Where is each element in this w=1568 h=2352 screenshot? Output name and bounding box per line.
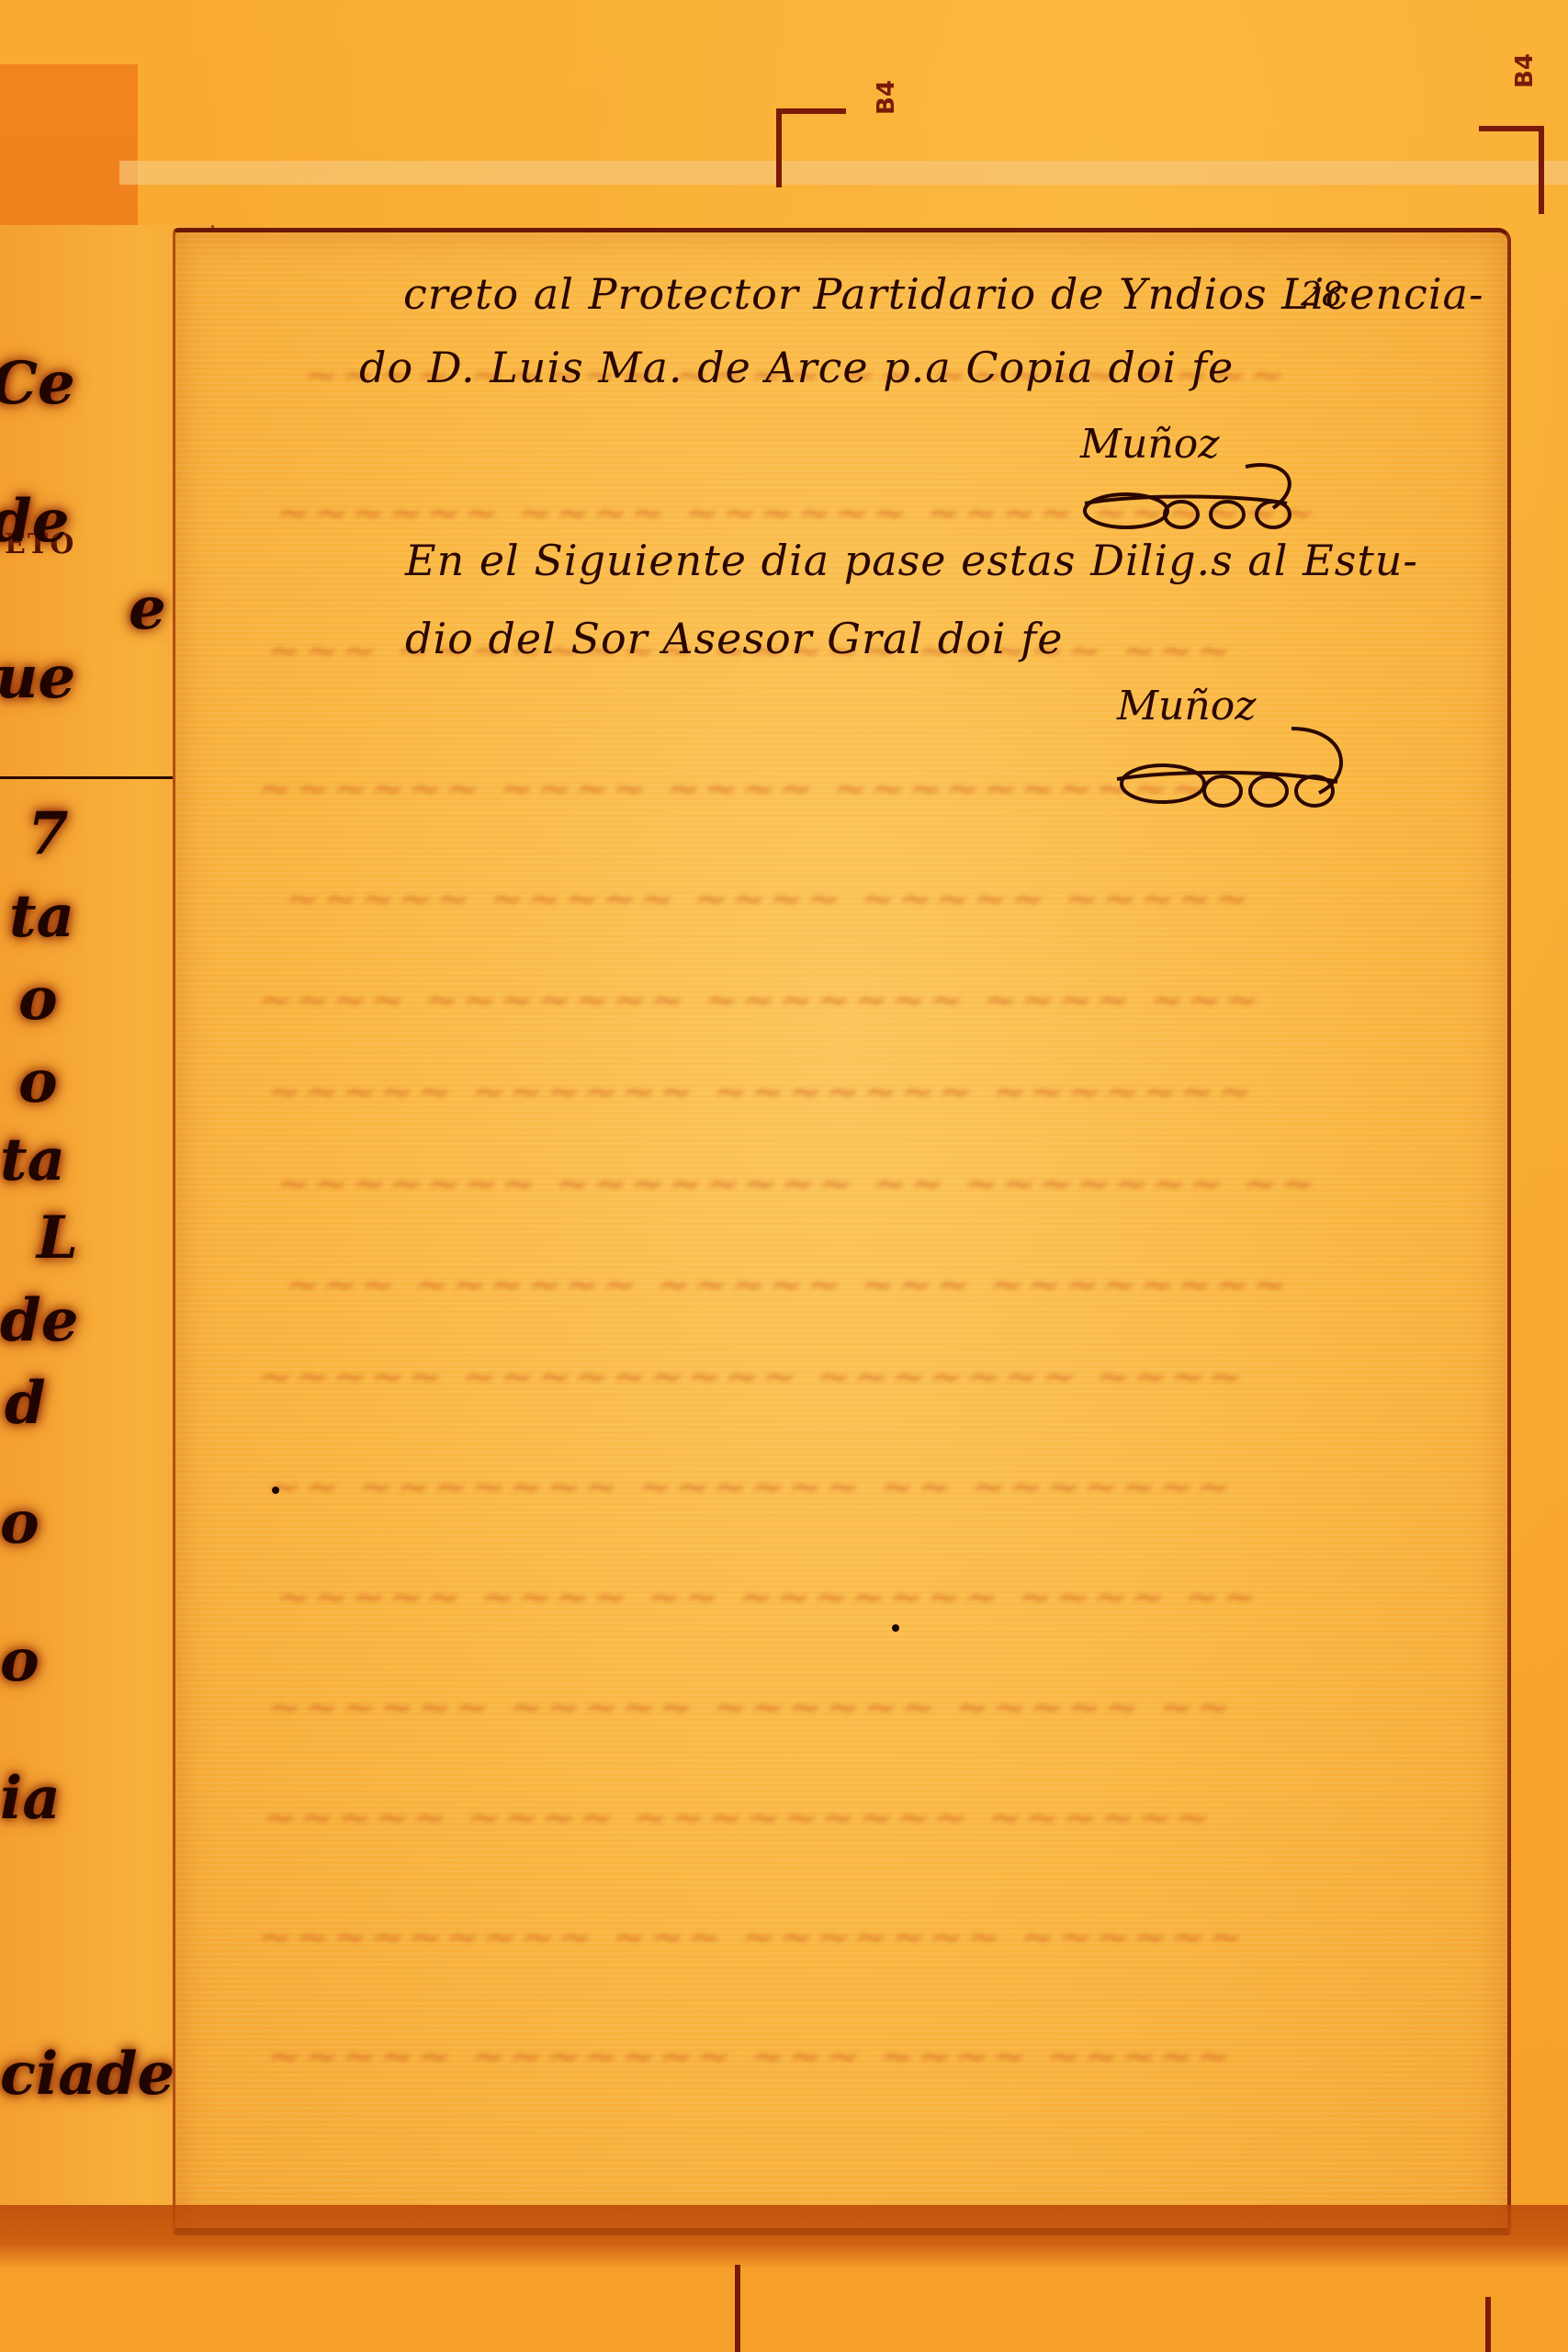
bleed-through-line: ~~~~ ~~~~~~~ ~~~~~~~ ~~~~ ~~~ [258,977,1263,1023]
bleed-through-line: ~~~ ~~~~~~ ~~~~~ ~~~ ~~~~~~~~ [286,1261,1291,1308]
bleed-through-line: ~~~~~ ~~~~ ~~~~~~~~~ ~~~~~~ [263,1794,1213,1841]
bleed-through-line: ~~~~~ ~~~~~~~ ~~~ ~~~~ ~~~~~ [267,2033,1235,2080]
frame-marker-label: B4 [873,80,900,115]
left-page-fragment: ta [9,882,74,951]
left-page-fragment: o [18,965,58,1034]
left-page-fragment: de [0,1286,78,1355]
tape-strip [0,64,138,225]
ink-spot [272,1487,279,1494]
manuscript-page: ~~~~ ~~~~~ ~~~~ ~~ ~~~~~ ~~~~ ~~~~~~ ~~~… [173,228,1511,2235]
left-page-fragment: e [129,574,166,643]
left-page-fragment: Ce [0,349,75,418]
bleed-through-line: ~~~~~ ~~~~~~~~~ ~~~~~~~ ~~~~ [258,1353,1247,1400]
left-page-fragment: o [0,1626,39,1695]
entry-2-line-1: En el Siguiente dia pase estas Dilig.s a… [405,536,1418,585]
left-page-fragment: ta [0,1125,65,1194]
bleed-through-line: ~~~~~ ~~~~ ~~ ~~~~~~~ ~~~~ ~~ [276,1574,1260,1621]
left-page-fragment: o [18,1047,58,1116]
entry-1-line-1: creto al Protector Partidario de Yndios … [403,269,1484,319]
left-page-fragment: o [0,1488,39,1557]
crop-mark-bottom-left [735,2265,800,2352]
bleed-through-line: ~~ ~~~~~~~ ~~~~~~ ~~ ~~~~~~~ [267,1464,1235,1510]
crop-mark-bottom-right [1485,2297,1496,2352]
bleed-through-line: ~~~~~~~~~ ~~~ ~~~~~~~ ~~~~~~ [258,1914,1247,1961]
left-page-fragment: L [37,1204,78,1272]
left-page-fragment: ia [0,1764,61,1833]
left-page-fragment: d [5,1369,46,1438]
rubrica-flourish-icon [1108,701,1393,820]
left-page-fragment: 7 [28,799,69,868]
bleed-through-line: ~~~~~ ~~~~~ ~~~~ ~~~~~ ~~~~~ [286,876,1253,922]
entry-2-line-2: dio del Sor Asesor Gral doi fe [405,614,1063,663]
rubrica-flourish-icon [1076,430,1351,540]
bleed-through-line: ~~~~~~ ~~~~~ ~~~~~~ ~~~~~ ~~ [267,1684,1235,1731]
ink-spot [892,1624,899,1632]
bleed-through-line: ~~~~~ ~~~~~~ ~~~~~~~ ~~~~~~~ [267,1069,1256,1115]
crop-mark-top-left [776,108,846,187]
left-page-fragment: ciade [0,2040,175,2109]
left-page-fragment: ue [0,643,75,712]
bleed-through-line: ~~~~~~ ~~~~ ~~~~ ~~~~~~~~~~ [258,765,1209,812]
crop-mark-top-right [1479,126,1544,214]
burned-bottom-edge [0,2205,1568,2269]
entry-1-line-2: do D. Luis Ma. de Arce p.a Copia doi fe [359,343,1234,392]
left-page-fragment: de [0,487,69,556]
bleed-through-line: ~~~~~~~ ~~~~~~~~ ~~ ~~~~~~~ ~~ [276,1160,1319,1207]
frame-marker-label: B4 [1511,53,1539,88]
